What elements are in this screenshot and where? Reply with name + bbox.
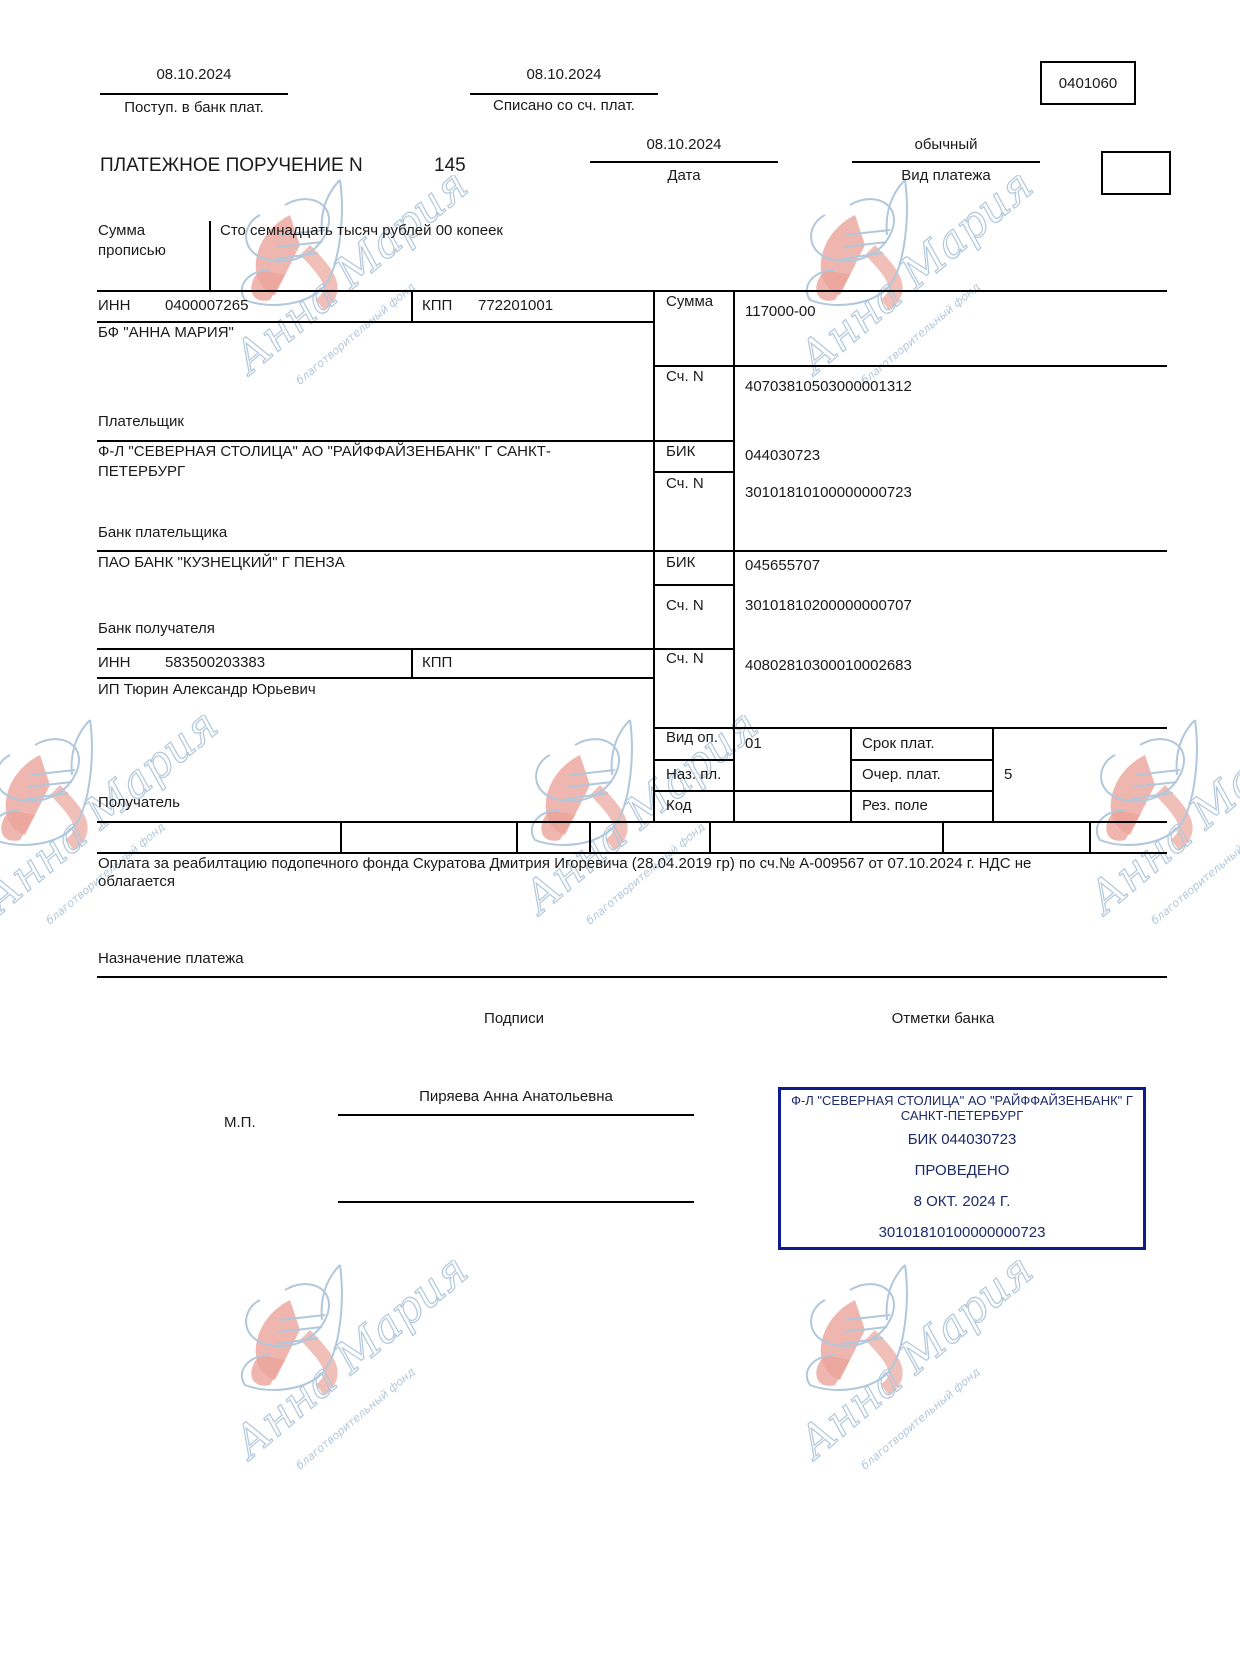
svg-text:Анна Мария: Анна Мария — [795, 175, 1043, 385]
divider — [942, 821, 944, 853]
bank-marks-label: Отметки банка — [793, 1010, 1093, 1028]
svg-text:благотворительный фонд: благотворительный фонд — [859, 280, 983, 387]
signatures-label: Подписи — [414, 1010, 614, 1028]
recipient-name: ИП Тюрин Александр Юрьевич — [98, 681, 316, 699]
divider — [850, 759, 993, 761]
purpose-label: Назначение платежа — [98, 950, 244, 968]
payer-kpp-label: КПП — [422, 297, 452, 315]
svg-text:Анна Мария: Анна Мария — [230, 175, 478, 385]
recipient-account-label: Сч. N — [666, 650, 704, 668]
divider — [653, 759, 735, 761]
signer-name: Пиряева Анна Анатольевна — [338, 1088, 694, 1106]
purpose-text-2: облагается — [98, 873, 175, 891]
divider — [209, 221, 211, 292]
priority-label: Очер. плат. — [862, 766, 941, 784]
divider — [516, 821, 518, 853]
priority: 5 — [1004, 766, 1012, 784]
stamp-bik: БИК 044030723 — [781, 1131, 1143, 1149]
seal-label: М.П. — [224, 1114, 256, 1132]
payment-type: обычный — [852, 136, 1040, 154]
divider — [850, 727, 852, 823]
divider — [411, 290, 413, 322]
payer-bank-bik: 044030723 — [745, 447, 820, 465]
divider — [411, 648, 413, 679]
payer-bank-label: Банк плательщика — [98, 524, 227, 542]
divider — [100, 93, 288, 95]
document-title: ПЛАТЕЖНОЕ ПОРУЧЕНИЕ N — [100, 155, 363, 177]
divider — [653, 790, 993, 792]
document-date: 08.10.2024 — [590, 136, 778, 154]
divider — [97, 321, 654, 323]
signature-line-1 — [338, 1114, 694, 1116]
amount-words-label-2: прописью — [98, 242, 166, 260]
received-label: Поступ. в банк плат. — [100, 99, 288, 117]
watermark-logo-icon: Анна Марияблаготворительный фонд — [0, 715, 240, 955]
payment-type-label: Вид платежа — [852, 167, 1040, 185]
op-type-label: Вид оп. — [666, 729, 718, 747]
recipient-inn: 583500203383 — [165, 654, 265, 672]
svg-text:Анна Мария: Анна Мария — [230, 1260, 478, 1470]
divider — [709, 821, 711, 853]
payer-account: 40703810503000001312 — [745, 378, 912, 396]
signature-line-2 — [338, 1201, 694, 1203]
document-date-label: Дата — [590, 167, 778, 185]
amount-words-value: Сто семнадцать тысяч рублей 00 копеек — [220, 222, 503, 240]
svg-text:благотворительный фонд: благотворительный фонд — [584, 820, 708, 927]
recipient-bank-bik-label: БИК — [666, 554, 695, 572]
payer-name: БФ "АННА МАРИЯ" — [98, 324, 234, 342]
divider — [733, 290, 735, 728]
op-type: 01 — [745, 735, 762, 753]
divider — [653, 584, 735, 586]
form-code: 0401060 — [1042, 75, 1134, 93]
recipient-bank-account-label: Сч. N — [666, 597, 704, 615]
divider — [653, 727, 1167, 729]
received-date: 08.10.2024 — [100, 66, 288, 84]
divider — [340, 821, 342, 853]
payer-bank-bik-label: БИК — [666, 443, 695, 461]
recipient-bank-name: ПАО БАНК "КУЗНЕЦКИЙ" Г ПЕНЗА — [98, 554, 345, 572]
purpose-code-label: Наз. пл. — [666, 766, 721, 784]
amount-words-label-1: Сумма — [98, 222, 145, 240]
payer-sum-label: Сумма — [666, 293, 713, 311]
payer-inn-label: ИНН — [98, 297, 130, 315]
recipient-bank-account: 30101810200000000707 — [745, 597, 912, 615]
divider — [97, 290, 1167, 292]
stamp-date: 8 ОКТ. 2024 Г. — [781, 1193, 1143, 1211]
recipient-label: Получатель — [98, 794, 180, 812]
recipient-bank-bik: 045655707 — [745, 557, 820, 575]
divider — [97, 852, 1167, 854]
watermark-logo-icon: Анна Марияблаготворительный фонд — [230, 1260, 490, 1500]
watermark-logo-icon: Анна Марияблаготворительный фонд — [795, 1260, 1055, 1500]
stamp-status: ПРОВЕДЕНО — [781, 1162, 1143, 1180]
stamp-bank-line-2: САНКТ-ПЕТЕРБУРГ — [781, 1108, 1143, 1123]
divider — [589, 821, 591, 853]
recipient-bank-label: Банк получателя — [98, 620, 215, 638]
divider — [590, 161, 778, 163]
divider — [992, 727, 994, 823]
divider — [1089, 821, 1091, 853]
payer-label: Плательщик — [98, 413, 184, 431]
divider — [653, 290, 655, 823]
status-box — [1101, 151, 1171, 195]
svg-text:благотворительный фонд: благотворительный фонд — [294, 280, 418, 387]
payer-kpp: 772201001 — [478, 297, 553, 315]
payer-account-label: Сч. N — [666, 368, 704, 386]
payer-sum: 117000-00 — [745, 303, 816, 321]
watermark-logo-icon: Анна Марияблаготворительный фонд — [520, 715, 780, 955]
purpose-text-1: Оплата за реабилтацию подопечного фонда … — [98, 855, 1031, 873]
divider — [97, 440, 734, 442]
divider — [852, 161, 1040, 163]
code-label: Код — [666, 797, 692, 815]
term-label: Срок плат. — [862, 735, 935, 753]
svg-text:Анна Мария: Анна Мария — [795, 1260, 1043, 1470]
stamp-bank-line-1: Ф-Л "СЕВЕРНАЯ СТОЛИЦА" АО "РАЙФФАЙЗЕНБАН… — [781, 1093, 1143, 1108]
form-code-box: 0401060 — [1040, 61, 1136, 105]
divider — [733, 727, 735, 823]
divider — [97, 677, 654, 679]
divider — [97, 976, 1167, 978]
payer-bank-name-1: Ф-Л "СЕВЕРНАЯ СТОЛИЦА" АО "РАЙФФАЙЗЕНБАН… — [98, 443, 551, 461]
stamp-account: 30101810100000000723 — [781, 1224, 1143, 1242]
recipient-inn-label: ИНН — [98, 654, 130, 672]
watermark-logo-icon: Анна Марияблаготворительный фонд — [230, 175, 490, 415]
recipient-account: 40802810300010002683 — [745, 657, 912, 675]
divider — [653, 471, 735, 473]
watermark-logo-icon: Анна Марияблаготворительный фонд — [1085, 715, 1240, 955]
svg-text:благотворительный фонд: благотворительный фонд — [1149, 820, 1240, 927]
payer-bank-account: 30101810100000000723 — [745, 484, 912, 502]
divider — [97, 821, 1167, 823]
document-number: 145 — [434, 155, 466, 177]
payer-inn: 0400007265 — [165, 297, 248, 315]
divider — [470, 93, 658, 95]
debited-date: 08.10.2024 — [470, 66, 658, 84]
bank-stamp: Ф-Л "СЕВЕРНАЯ СТОЛИЦА" АО "РАЙФФАЙЗЕНБАН… — [778, 1087, 1146, 1250]
recipient-kpp-label: КПП — [422, 654, 452, 672]
svg-text:благотворительный фонд: благотворительный фонд — [294, 1365, 418, 1472]
divider — [97, 648, 734, 650]
payer-bank-name-2: ПЕТЕРБУРГ — [98, 463, 185, 481]
divider — [653, 365, 1167, 367]
divider — [97, 550, 1167, 552]
svg-text:благотворительный фонд: благотворительный фонд — [859, 1365, 983, 1472]
reserve-label: Рез. поле — [862, 797, 928, 815]
payer-bank-account-label: Сч. N — [666, 475, 704, 493]
debited-label: Списано со сч. плат. — [470, 97, 658, 115]
